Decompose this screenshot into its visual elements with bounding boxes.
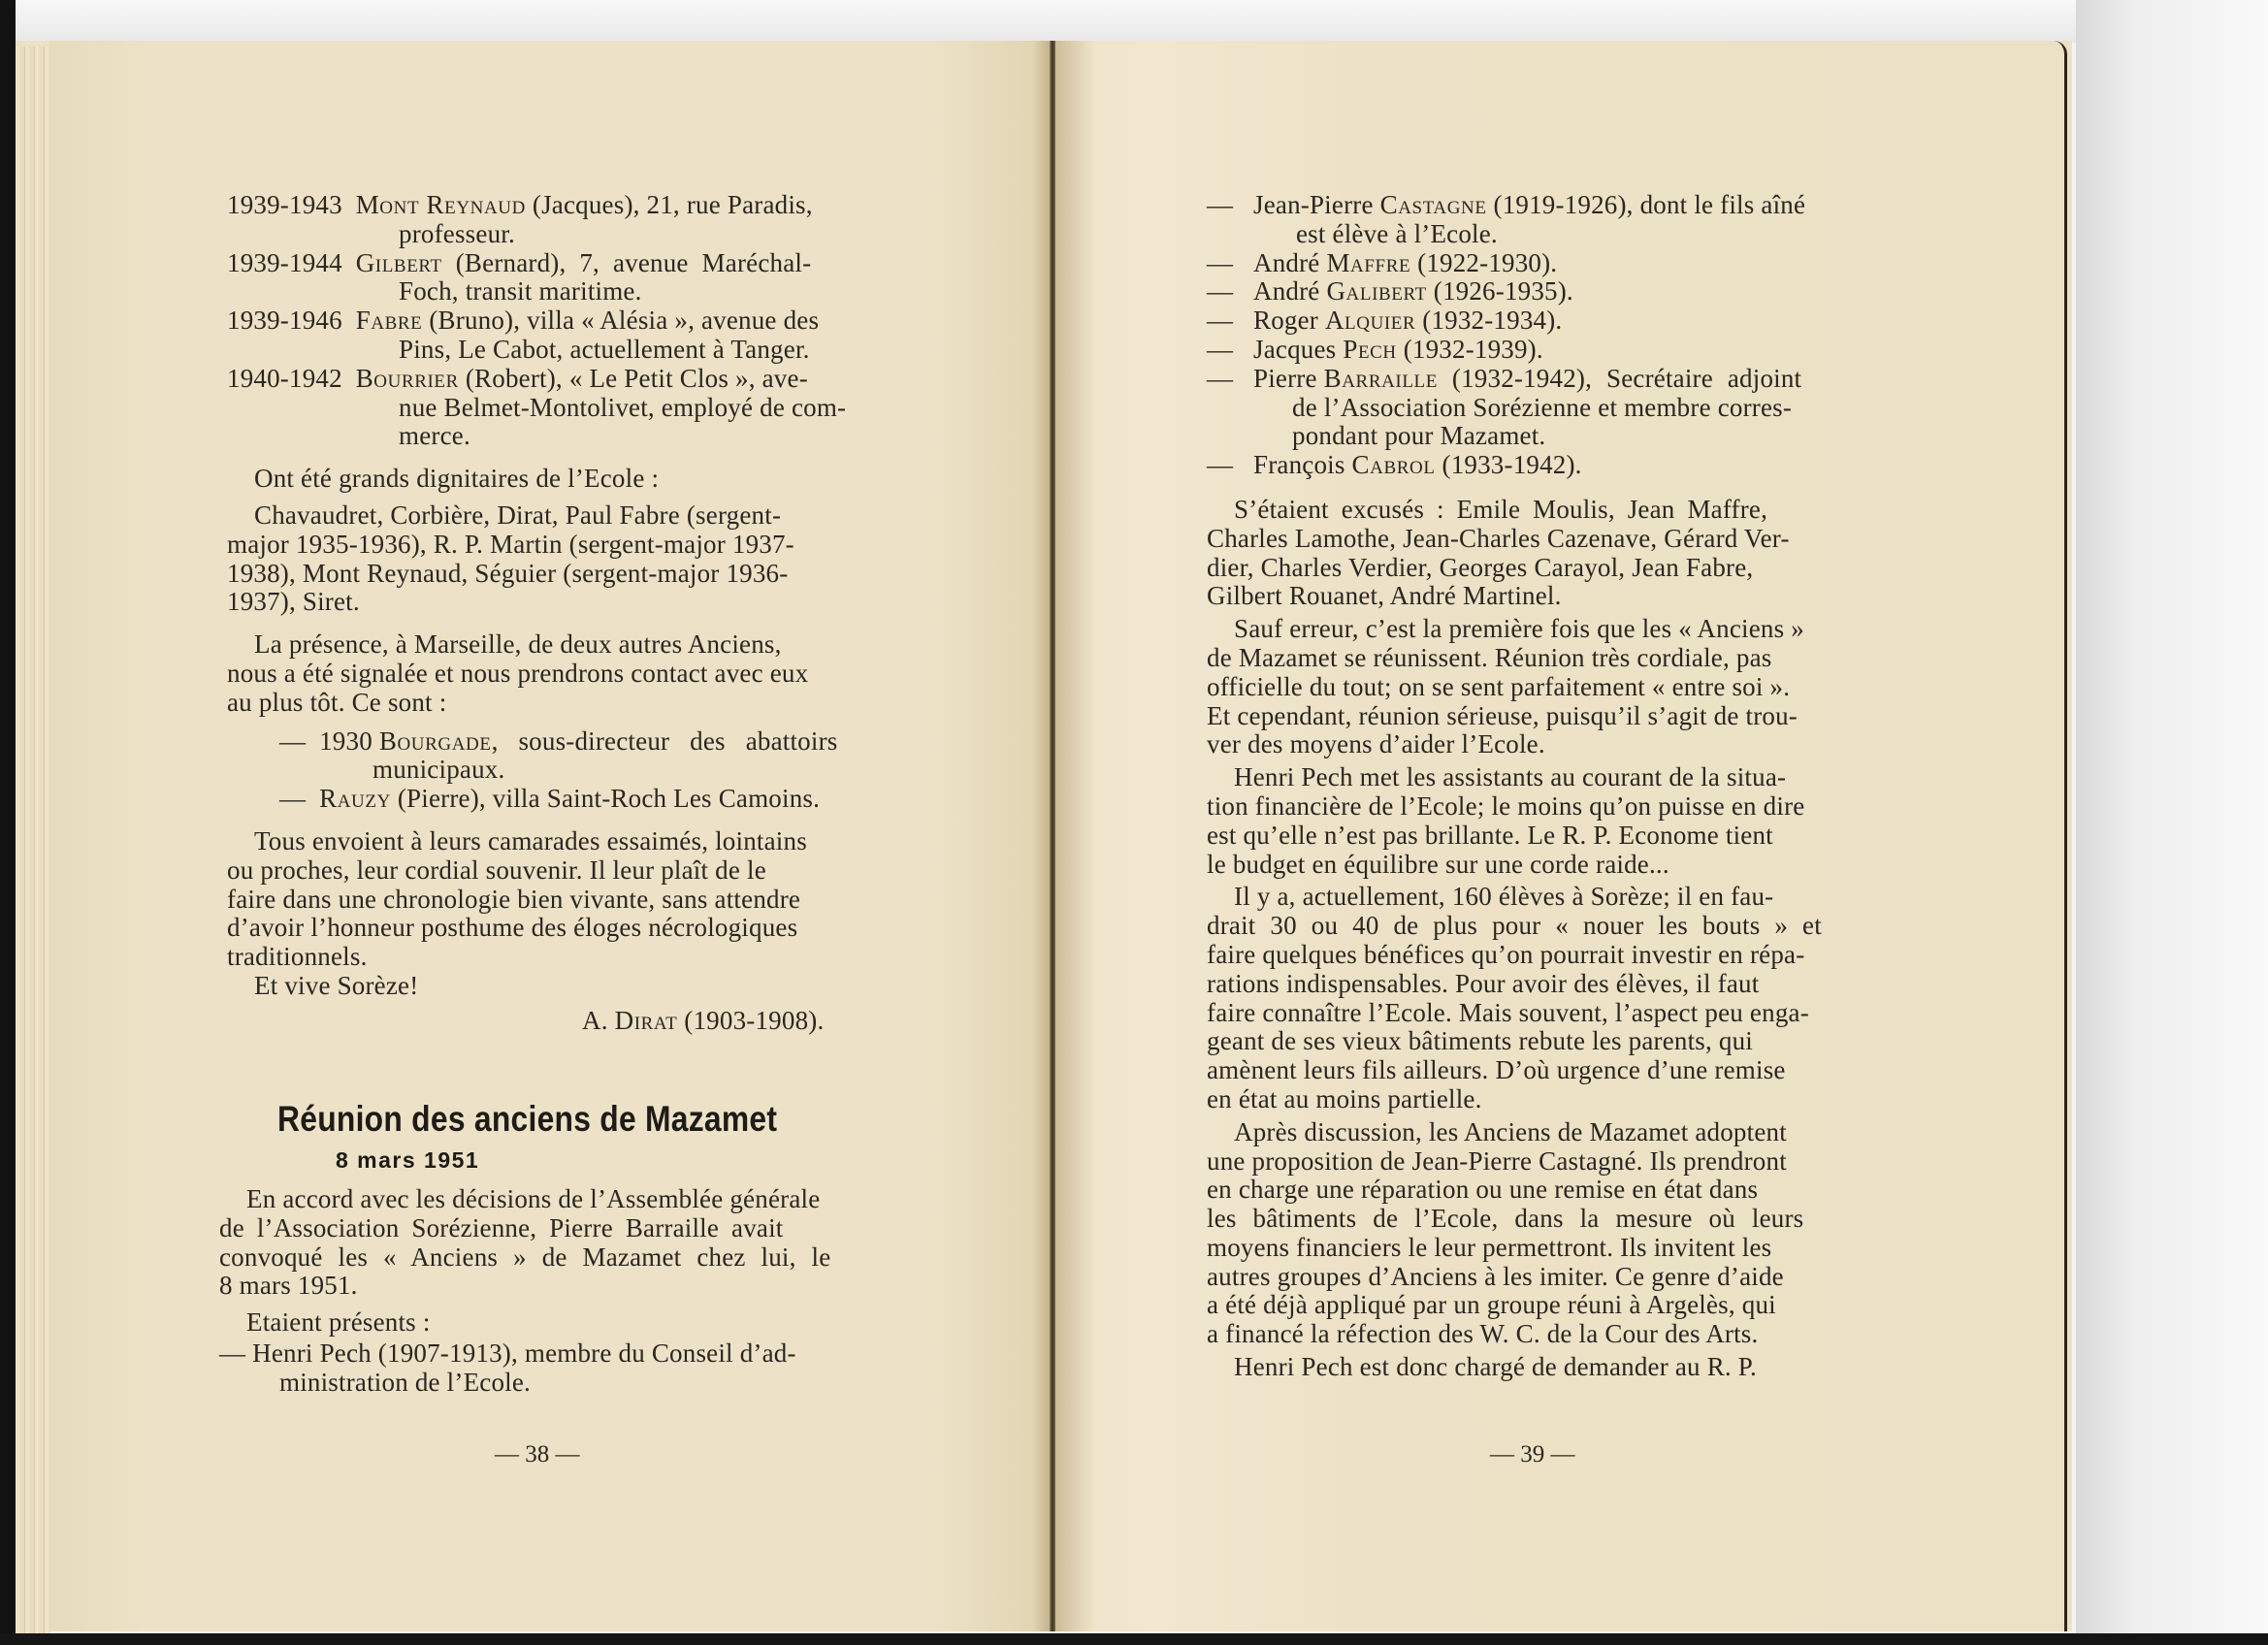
entry-continuation: merce.	[227, 422, 918, 451]
first-name: Jean-Pierre	[1253, 190, 1374, 219]
paragraph-line: faire connaître l’Ecole. Mais souvent, l…	[1207, 999, 1901, 1028]
paragraph-line: ver des moyens d’aider l’Ecole.	[1207, 730, 1901, 759]
paragraph-line: drait 30 ou 40 de plus pour « nouer les …	[1207, 912, 1901, 941]
paragraph-line: de Mazamet se réunissent. Réunion très c…	[1207, 644, 1901, 673]
first-name: Pierre	[1253, 364, 1317, 393]
paragraph-finances: Henri Pech met les assistants au courant…	[1207, 763, 1901, 879]
paragraph-line: 1938), Mont Reynaud, Séguier (sergent-ma…	[227, 560, 918, 589]
paragraph-line: Gilbert Rouanet, André Martinel.	[1207, 582, 1901, 611]
details: , sous-directeur des abattoirs	[492, 726, 838, 756]
paragraph-line: geant de ses vieux bâtiments rebute les …	[1207, 1027, 1901, 1056]
paragraph-line: moyens financiers le leur permettront. I…	[1207, 1234, 1901, 1263]
paragraph-line: Il y a, actuellement, 160 élèves à Sorèz…	[1207, 883, 1901, 912]
entry-continuation: professeur.	[227, 220, 918, 249]
details: (1926-1935).	[1427, 276, 1573, 306]
paragraph-line: Henri Pech est donc chargé de demander a…	[1207, 1353, 1901, 1382]
entry-details: (Jacques), 21, rue Paradis,	[526, 190, 813, 219]
list-item-continuation: municipaux.	[279, 756, 918, 785]
roster-entry: 1940-1942 Bourrier (Robert), « Le Petit …	[227, 365, 918, 451]
paragraph-line: 1937), Siret.	[227, 588, 918, 617]
paragraph-line: le budget en équilibre sur une corde rai…	[1207, 851, 1901, 880]
last-name: Pech	[1343, 335, 1396, 364]
list-item: — 1930 Bourgade, sous-directeur des abat…	[279, 727, 918, 757]
paragraph-line: 8 mars 1951.	[219, 1272, 918, 1301]
last-name: Barraille	[1324, 364, 1438, 393]
page-number-left: — 38 —	[495, 1441, 580, 1468]
entry-details: (Robert), « Le Petit Clos », ave-	[459, 364, 808, 393]
paragraph-line: faire dans une chronologie bien vivante,…	[227, 886, 918, 915]
list-item: — Rauzy (Pierre), villa Saint-Roch Les C…	[279, 785, 918, 814]
attendee-item: —Jacques Pech (1932-1939).	[1207, 336, 1901, 365]
paragraph-line: Après discussion, les Anciens de Mazamet…	[1207, 1118, 1901, 1147]
first-name: Jacques	[1253, 335, 1336, 364]
last-name: Galibert	[1326, 276, 1426, 306]
paragraph-line: a été déjà appliqué par un groupe réuni …	[1207, 1291, 1901, 1320]
details: (1932-1942), Secrétaire adjoint	[1438, 364, 1801, 393]
dash: —	[279, 784, 306, 813]
paragraph-line: faire quelques bénéfices qu’on pourrait …	[1207, 941, 1901, 970]
presence-paragraph: La présence, à Marseille, de deux autres…	[227, 630, 918, 717]
attendee-continuation: est élève à l’Ecole.	[1207, 220, 1901, 249]
entry-name: Mont Reynaud	[356, 190, 526, 219]
entry-continuation: Pins, Le Cabot, actuellement à Tanger.	[227, 336, 918, 365]
signature-years: (1903-1908).	[677, 1006, 824, 1035]
last-name: Cabrol	[1352, 450, 1436, 479]
scanner-edge-left	[0, 0, 16, 1645]
paragraph-line: convoqué les « Anciens » de Mazamet chez…	[219, 1243, 918, 1273]
details: (1922-1930).	[1410, 248, 1557, 277]
last-name: Maffre	[1326, 248, 1410, 277]
scanner-background-top	[0, 0, 2268, 43]
roster-entry: 1939-1946 Fabre (Bruno), villa « Alésia …	[227, 306, 918, 365]
paragraph-line: en charge une réparation ou une remise e…	[1207, 1176, 1901, 1205]
paragraph-line: Chavaudret, Corbière, Dirat, Paul Fabre …	[227, 501, 918, 531]
paragraph-line: officielle du tout; on se sent parfaitem…	[1207, 673, 1901, 702]
dash: —	[1207, 365, 1253, 394]
entry-continuation: Foch, transit maritime.	[227, 277, 918, 306]
other-anciens-list: — 1930 Bourgade, sous-directeur des abat…	[227, 727, 918, 814]
dash: —	[279, 726, 306, 756]
signature-name: Dirat	[615, 1006, 678, 1035]
details: (1932-1934).	[1415, 306, 1562, 335]
paragraph-line: a financé la réfection des W. C. de la C…	[1207, 1320, 1901, 1349]
paragraph-decision: Après discussion, les Anciens de Mazamet…	[1207, 1118, 1901, 1349]
attendee-item: —Roger Alquier (1932-1934).	[1207, 306, 1901, 336]
entry-details: (Bernard), 7, avenue Maréchal-	[442, 248, 812, 277]
paragraph-line: S’étaient excusés : Emile Moulis, Jean M…	[1207, 496, 1901, 525]
section-title: Réunion des anciens de Mazamet	[277, 1099, 777, 1140]
attendee-line: — Henri Pech (1907-1913), membre du Cons…	[219, 1339, 918, 1369]
paragraph-line: dier, Charles Verdier, Georges Carayol, …	[1207, 554, 1901, 583]
paragraph-line: d’avoir l’honneur posthume des éloges né…	[227, 914, 918, 943]
paragraph-line: Sauf erreur, c’est la première fois que …	[1207, 615, 1901, 644]
closing-paragraph: Tous envoient à leurs camarades essaimés…	[227, 827, 918, 972]
paragraph-line: de l’Association Sorézienne, Pierre Barr…	[219, 1214, 918, 1243]
paragraph-line: Charles Lamothe, Jean-Charles Cazenave, …	[1207, 525, 1901, 554]
details: (Pierre), villa Saint-Roch Les Camoins.	[391, 784, 820, 813]
first-name: André	[1253, 248, 1319, 277]
dignitaries-paragraph: Chavaudret, Corbière, Dirat, Paul Fabre …	[227, 501, 918, 617]
paragraph-line: en état au moins partielle.	[1207, 1085, 1901, 1114]
paragraph-line: En accord avec les décisions de l’Assemb…	[219, 1185, 918, 1214]
paragraph-line: Tous envoient à leurs camarades essaimés…	[227, 827, 918, 856]
attendee-item: —André Galibert (1926-1935).	[1207, 277, 1901, 306]
paragraph-line: Et cependant, réunion sérieuse, puisqu’i…	[1207, 702, 1901, 731]
paragraph-line: une proposition de Jean-Pierre Castagné.…	[1207, 1147, 1901, 1177]
entry-name: Bourrier	[356, 364, 459, 393]
entry-years: 1939-1943	[227, 190, 342, 219]
attendee-item: —François Cabrol (1933-1942).	[1207, 451, 1901, 480]
signature: A. Dirat (1903-1908).	[227, 1007, 918, 1036]
details: (1919-1926), dont le fils aîné	[1487, 190, 1806, 219]
dash: —	[1207, 191, 1253, 220]
entry-name: Gilbert	[356, 248, 442, 277]
first-name: Roger	[1253, 306, 1318, 335]
last-name: Alquier	[1325, 306, 1415, 335]
first-name: François	[1253, 450, 1345, 479]
paragraph-line: les bâtiments de l’Ecole, dans la mesure…	[1207, 1205, 1901, 1234]
first-name: André	[1253, 276, 1319, 306]
dash: —	[1207, 336, 1253, 365]
paragraph-line: major 1935-1936), R. P. Martin (sergent-…	[227, 531, 918, 560]
attendee-item: —Pierre Barraille (1932-1942), Secrétair…	[1207, 365, 1901, 394]
scanner-background-right	[2076, 0, 2268, 1645]
paragraph-line: autres groupes d’Anciens à les imiter. C…	[1207, 1263, 1901, 1292]
paragraph-line: tion financière de l’Ecole; le moins qu’…	[1207, 792, 1901, 822]
roster-entry: 1939-1943 Mont Reynaud (Jacques), 21, ru…	[227, 191, 918, 249]
dignitaries-intro: Ont été grands dignitaires de l’Ecole :	[227, 465, 918, 494]
paragraph-students: Il y a, actuellement, 160 élèves à Sorèz…	[1207, 883, 1901, 1113]
attendee-continuation: ministration de l’Ecole.	[219, 1369, 918, 1398]
paragraph-line: Henri Pech met les assistants au courant…	[1207, 763, 1901, 792]
scanner-edge-bottom	[0, 1633, 2268, 1645]
dash: —	[1207, 249, 1253, 278]
paragraph-line: amènent leurs fils ailleurs. D’où urgenc…	[1207, 1056, 1901, 1085]
dash: —	[1207, 451, 1253, 480]
paragraph-first-meeting: Sauf erreur, c’est la première fois que …	[1207, 615, 1901, 759]
entry-name: Fabre	[356, 306, 423, 335]
paragraph-line: La présence, à Marseille, de deux autres…	[227, 630, 918, 660]
book-gutter	[1050, 41, 1055, 1631]
attendee-item: —André Maffre (1922-1930).	[1207, 249, 1901, 278]
page-number-right: — 39 —	[1490, 1441, 1575, 1468]
dash: —	[1207, 306, 1253, 336]
paragraph-line: rations indispensables. Pour avoir des é…	[1207, 970, 1901, 999]
attendees-list: —Jean-Pierre Castagne (1919-1926), dont …	[1207, 191, 1901, 480]
entry-continuation: nue Belmet-Montolivet, employé de com-	[227, 394, 918, 423]
details: (1932-1939).	[1397, 335, 1543, 364]
person-name: Bourgade	[379, 726, 492, 756]
left-page-text: 1939-1943 Mont Reynaud (Jacques), 21, ru…	[227, 191, 918, 1036]
mazamet-intro: En accord avec les décisions de l’Assemb…	[219, 1185, 918, 1398]
attendee-item: —Jean-Pierre Castagne (1919-1926), dont …	[1207, 191, 1901, 220]
entry-years: 1940-1942	[227, 364, 342, 393]
paragraph-line: nous a été signalée et nous prendrons co…	[227, 660, 918, 689]
section-date: 8 mars 1951	[336, 1147, 479, 1174]
details: (1933-1942).	[1436, 450, 1582, 479]
exclamation: Et vive Sorèze!	[227, 972, 918, 1001]
dash: —	[1207, 277, 1253, 306]
entry-years: 1939-1946	[227, 306, 342, 335]
excused-paragraph: S’étaient excusés : Emile Moulis, Jean M…	[1207, 496, 1901, 611]
paragraph-line: ou proches, leur cordial souvenir. Il le…	[227, 856, 918, 886]
present-label: Etaient présents :	[219, 1308, 918, 1338]
paragraph-line: au plus tôt. Ce sont :	[227, 689, 918, 718]
entry-years: 1939-1944	[227, 248, 342, 277]
signature-initial: A.	[582, 1006, 615, 1035]
right-page-text: —Jean-Pierre Castagne (1919-1926), dont …	[1207, 191, 1901, 1382]
attendee-continuation: pondant pour Mazamet.	[1207, 422, 1901, 451]
attendee-continuation: de l’Association Sorézienne et membre co…	[1207, 394, 1901, 423]
person-name: Rauzy	[319, 784, 391, 813]
entry-details: (Bruno), villa « Alésia », avenue des	[422, 306, 819, 335]
paragraph-line: traditionnels.	[227, 943, 918, 972]
paragraph-line: est qu’elle n’est pas brillante. Le R. P…	[1207, 822, 1901, 851]
year: 1930	[319, 726, 379, 756]
roster-entry: 1939-1944 Gilbert (Bernard), 7, avenue M…	[227, 249, 918, 307]
last-name: Castagne	[1380, 190, 1487, 219]
